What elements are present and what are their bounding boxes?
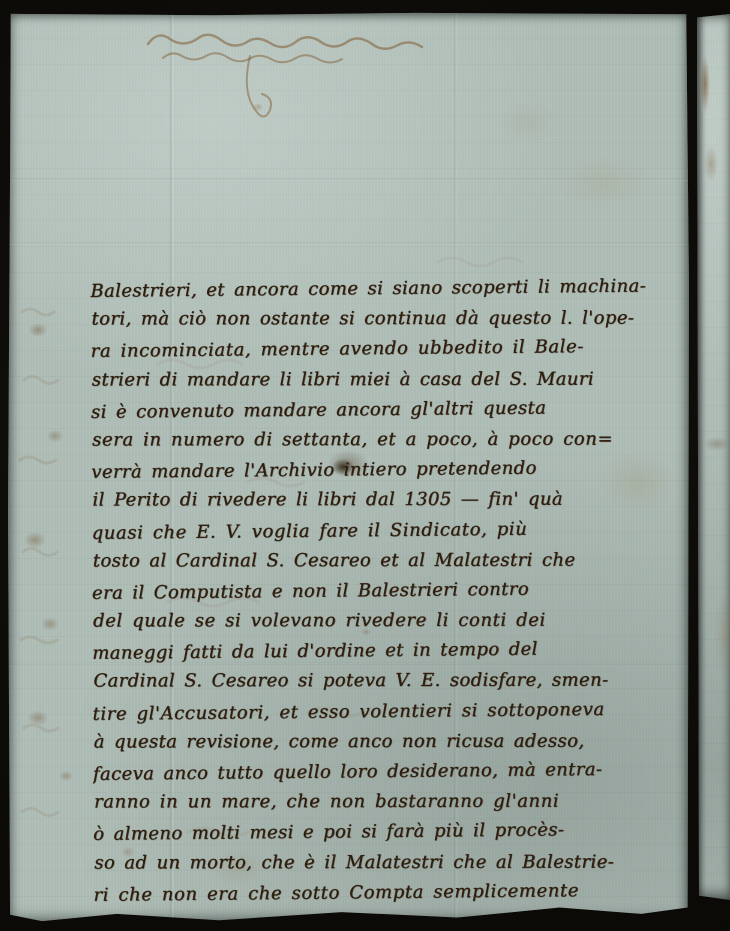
second-sheet-stains	[697, 14, 730, 900]
manuscript-line: del quale se si volevano rivedere li con…	[93, 606, 695, 637]
manuscript-line: tosto al Cardinal S. Cesareo et al Malat…	[93, 545, 695, 576]
manuscript-line: il Perito di rivedere li libri dal 1305 …	[92, 485, 694, 516]
letter-body: Balestrieri, et ancora come si siano sco…	[90, 272, 695, 923]
manuscript-line: maneggi fatti da lui d'ordine et in temp…	[92, 633, 694, 669]
second-sheet-edge	[697, 14, 730, 900]
manuscript-line: Balestrieri, et ancora come si siano sco…	[90, 272, 692, 307]
manuscript-line: strieri di mandare li libri miei à casa …	[92, 364, 694, 395]
manuscript-line: ranno in un mare, che non bastaranno gl'…	[94, 787, 696, 818]
manuscript-line: à questa revisione, come anco non ricusa…	[94, 726, 696, 757]
manuscript-line: so ad un morto, che è il Malatestri che …	[94, 847, 695, 878]
manuscript-line: tori, mà ciò non ostante si continua dà …	[92, 304, 694, 335]
manuscript-line: tire gl'Accusatori, et esso volentieri s…	[92, 694, 694, 730]
manuscript-line: sera in numero di settanta, et a poco, à…	[92, 424, 694, 455]
manuscript-line: Cardinal S. Cesareo si poteva V. E. sodi…	[93, 666, 695, 697]
manuscript-line: era il Computista e non il Balestrieri c…	[92, 573, 694, 609]
manuscript-line: ò almeno molti mesi e poi si farà più il…	[93, 814, 695, 850]
manuscript-line: si è convenuto mandare ancora gl'altri q…	[91, 392, 693, 428]
horizontal-fold-crease	[8, 242, 689, 245]
horizontal-fold-crease	[8, 178, 689, 181]
manuscript-line: quasi che E. V. voglia fare il Sindicato…	[92, 513, 694, 549]
manuscript-line: ri che non era che sotto Compta semplice…	[93, 875, 695, 911]
scanned-letter-page: Balestrieri, et ancora come si siano sco…	[0, 0, 730, 931]
manuscript-line: ra incominciata, mentre avendo ubbedito …	[91, 331, 693, 367]
manuscript-sheet: Balestrieri, et ancora come si siano sco…	[8, 12, 689, 923]
manuscript-line: verrà mandare l'Archivio intiero pretend…	[91, 452, 693, 488]
manuscript-line: faceva anco tutto quello loro desiderano…	[93, 754, 695, 790]
